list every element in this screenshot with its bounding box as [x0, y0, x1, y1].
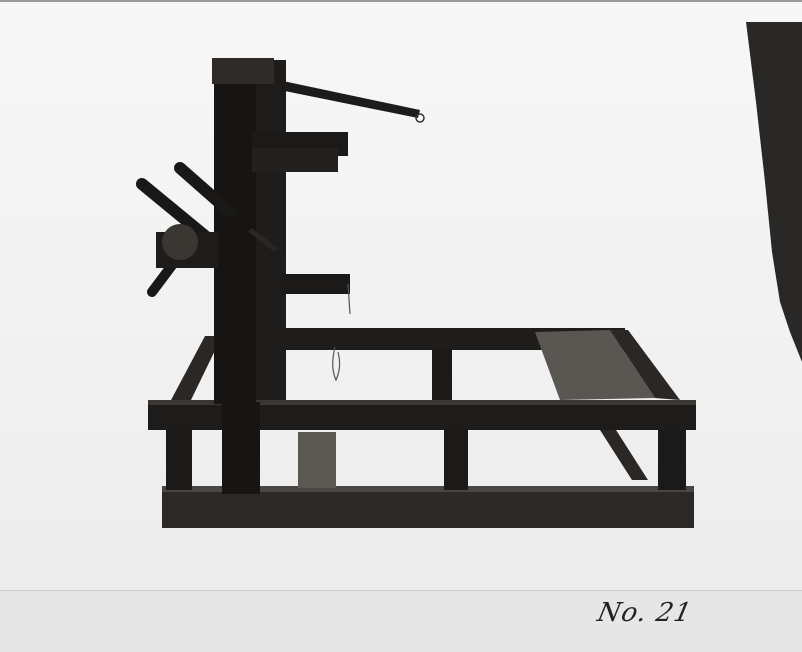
roller-wheel: [162, 224, 198, 260]
background-door-edge: [746, 22, 802, 362]
lower-cross-arm: [280, 274, 350, 294]
catalog-label: No. 21: [595, 598, 695, 628]
slat: [298, 432, 336, 488]
loom-illustration: [0, 2, 802, 592]
string-loop: [333, 347, 340, 380]
photograph: [0, 0, 802, 590]
hook-icon: [416, 114, 424, 122]
